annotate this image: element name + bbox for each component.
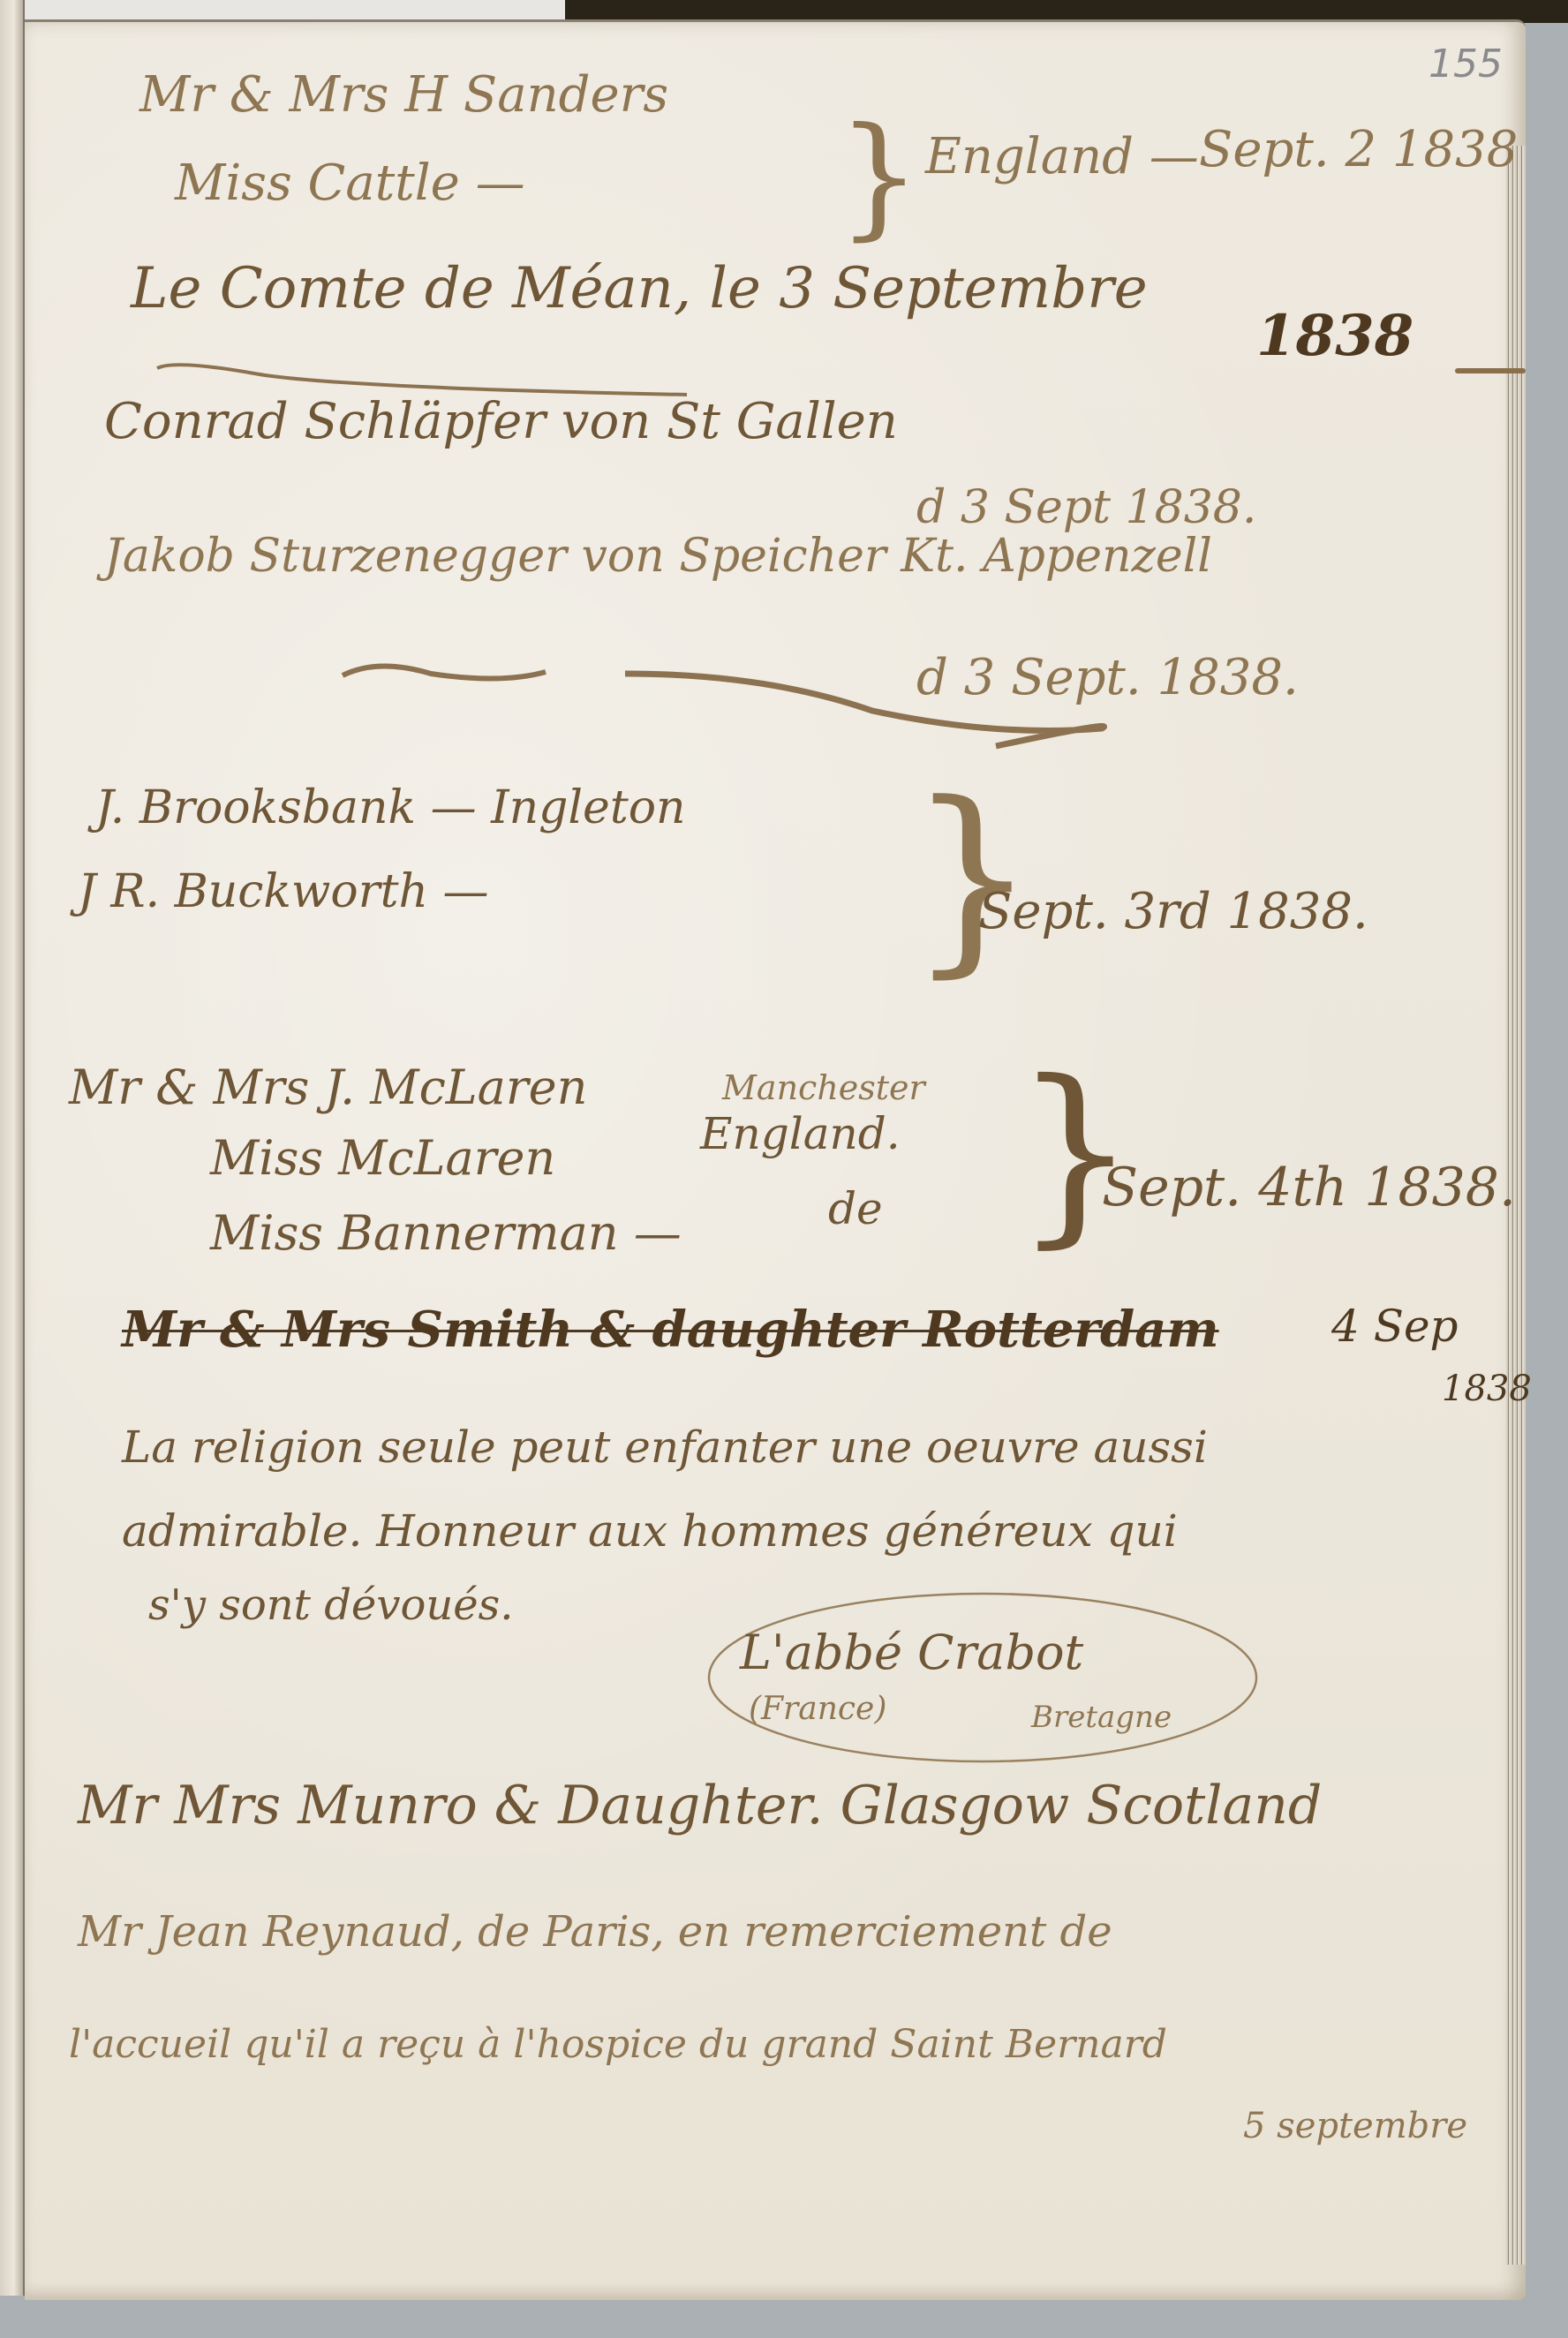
entry-text: Le Comte de Méan, le 3 Septembre	[131, 256, 1148, 321]
page-number: 155	[1429, 41, 1503, 87]
brace: }	[837, 110, 921, 243]
entry-date: d 3 Sept 1838.	[916, 481, 1256, 534]
signature: L'abbé Crabot	[740, 1625, 1083, 1680]
entry-name: Miss McLaren	[210, 1130, 555, 1186]
entry-origin: England —	[925, 128, 1199, 185]
entry-line: Conrad Schläpfer von St Gallen	[104, 393, 898, 450]
comment-line: admirable. Honneur aux hommes généreux q…	[122, 1505, 1178, 1557]
entry-name: Miss Cattle —	[175, 155, 525, 212]
entry-date: Sept. 4th 1838.	[1102, 1157, 1516, 1218]
entry-date: Sept. 2 1838	[1199, 121, 1518, 178]
comment-line: Mr Jean Reynaud, de Paris, en remercieme…	[78, 1907, 1112, 1957]
guestbook-page: 155 Mr & Mrs H Sanders Miss Cattle — } E…	[25, 19, 1526, 2300]
entry-origin: England.	[700, 1108, 901, 1159]
entry-name: Mr & Mrs H Sanders	[139, 66, 668, 124]
entry-line: Jakob Sturzenegger von Speicher Kt. Appe…	[104, 530, 1212, 583]
entry-year: 1838	[1256, 303, 1413, 369]
comment-line: s'y sont dévoués.	[148, 1580, 514, 1630]
entry-date: Sept. 3rd 1838.	[978, 883, 1368, 940]
entry-origin: de	[828, 1183, 883, 1234]
struck-entry-text: Mr & Mrs Smith & daughter Rotterdam	[122, 1301, 1219, 1359]
entry-date: 5 septembre	[1243, 2106, 1467, 2146]
entry-name: J. Brooksbank — Ingleton	[95, 781, 686, 834]
comment-line: La religion seule peut enfanter une oeuv…	[122, 1422, 1208, 1473]
brace: }	[908, 777, 1037, 980]
signature-subtext: (France)	[749, 1691, 886, 1727]
entry-name: J R. Buckworth —	[78, 865, 489, 918]
divider-flourish	[325, 658, 1137, 764]
entry-date: 4 Sep	[1331, 1301, 1459, 1352]
facing-page-edge	[0, 0, 25, 2296]
entry-name: Miss Bannerman —	[210, 1205, 682, 1261]
dash-flourish	[1455, 368, 1526, 373]
comment-line: l'accueil qu'il a reçu à l'hospice du gr…	[69, 2022, 1167, 2067]
entry-year: 1838	[1442, 1369, 1532, 1409]
entry-name: Mr & Mrs J. McLaren	[69, 1060, 587, 1115]
signature-subtext: Bretagne	[1031, 1700, 1172, 1735]
entry-origin: Manchester	[722, 1068, 925, 1107]
brace: }	[1014, 1055, 1137, 1249]
entry-text: Mr Mrs Munro & Daughter. Glasgow Scotlan…	[78, 1775, 1322, 1836]
